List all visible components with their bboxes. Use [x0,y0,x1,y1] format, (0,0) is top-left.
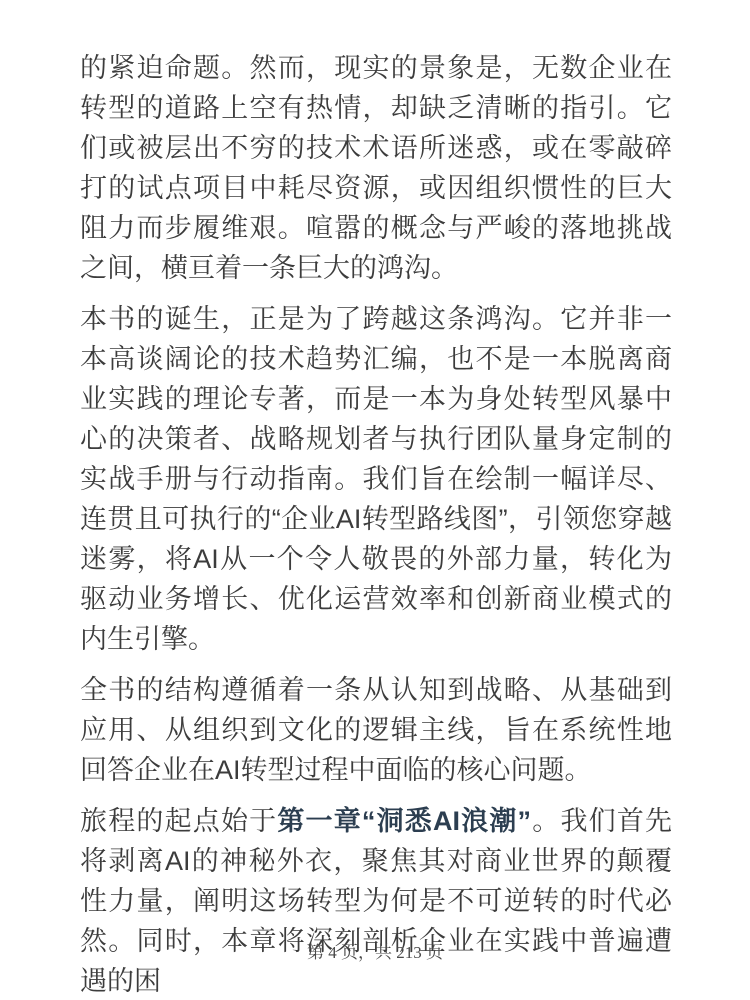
chapter-reference-bold: 第一章“洞悉AI浪潮” [277,806,531,836]
document-page: 的紧迫命题。然而，现实的景象是，无数企业在转型的道路上空有热情，却缺乏清晰的指引… [0,0,750,1000]
text-run: 全书的结构遵循着一条从认知到战略、从基础到应用、从组织到文化的逻辑主线，旨在系统… [80,675,672,785]
text-run: 的紧迫命题。然而，现实的景象是，无数企业在转型的道路上空有热情，却缺乏清晰的指引… [80,53,672,283]
paragraph: 本书的诞生，正是为了跨越这条鸿沟。它并非一本高谈阔论的技术趋势汇编，也不是一本脱… [80,299,672,659]
text-run: 旅程的起点始于 [80,806,277,836]
page-number-label: 第 4 页，共 213 页 [307,943,443,962]
text-run: 本书的诞生，正是为了跨越这条鸿沟。它并非一本高谈阔论的技术趋势汇编，也不是一本脱… [80,304,672,654]
paragraph: 全书的结构遵循着一条从认知到战略、从基础到应用、从组织到文化的逻辑主线，旨在系统… [80,670,672,790]
page-body-text: 的紧迫命题。然而，现实的景象是，无数企业在转型的道路上空有热情，却缺乏清晰的指引… [0,0,750,1000]
paragraph: 旅程的起点始于第一章“洞悉AI浪潮”。我们首先将剥离AI的神秘外衣，聚焦其对商业… [80,801,672,1000]
paragraph: 的紧迫命题。然而，现实的景象是，无数企业在转型的道路上空有热情，却缺乏清晰的指引… [80,48,672,288]
page-footer: 第 4 页，共 213 页 [0,938,750,963]
